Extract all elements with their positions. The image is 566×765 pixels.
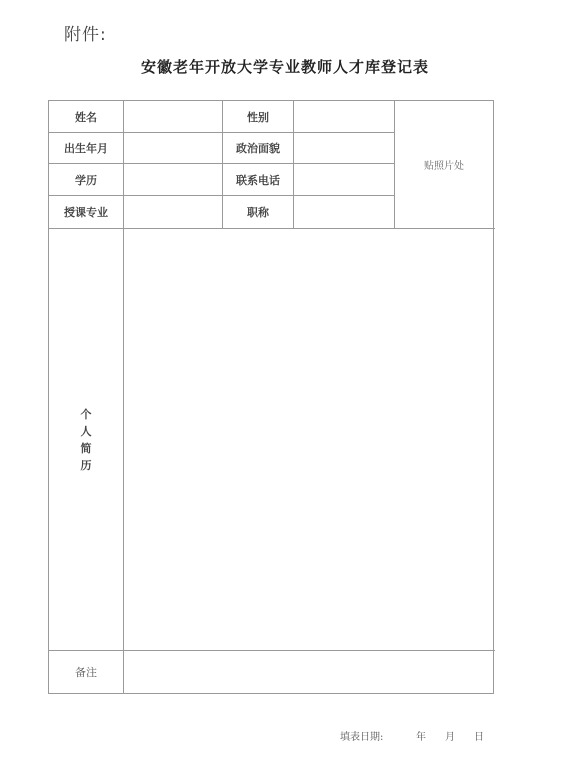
teaching-major-field[interactable]	[124, 196, 222, 228]
gender-field[interactable]	[294, 101, 394, 132]
label-birth-date: 出生年月	[49, 133, 123, 163]
label-education: 学历	[49, 164, 123, 195]
label-title: 职称	[223, 196, 293, 228]
title-field[interactable]	[294, 196, 394, 228]
label-remarks: 备注	[49, 651, 123, 693]
name-field[interactable]	[124, 101, 222, 132]
label-phone: 联系电话	[223, 164, 293, 195]
label-gender: 性别	[223, 101, 293, 132]
fill-date-month: 月	[445, 728, 455, 743]
political-status-field[interactable]	[294, 133, 394, 163]
label-teaching-major: 授课专业	[49, 196, 123, 228]
attachment-label: 附件:	[64, 20, 107, 45]
resume-label-char: 简	[81, 440, 92, 457]
photo-placeholder[interactable]: 贴照片处	[395, 101, 493, 228]
personal-resume-field[interactable]	[124, 229, 493, 650]
remarks-field[interactable]	[124, 651, 493, 693]
fill-date-year: 年	[416, 728, 426, 743]
page-title: 安徽老年开放大学专业教师人才库登记表	[0, 56, 566, 77]
registration-form-table: 姓名 性别 出生年月 政治面貌 学历 联系电话 授课专业 职称 贴照片处 个 人…	[48, 100, 494, 694]
label-political-status: 政治面貌	[223, 133, 293, 163]
resume-label-char: 历	[81, 457, 92, 474]
resume-label-char: 人	[81, 423, 92, 440]
birth-date-field[interactable]	[124, 133, 222, 163]
label-personal-resume: 个 人 简 历	[49, 229, 123, 650]
education-field[interactable]	[124, 164, 222, 195]
fill-date-day: 日	[474, 728, 484, 743]
resume-label-char: 个	[81, 406, 92, 423]
label-name: 姓名	[49, 101, 123, 132]
phone-field[interactable]	[294, 164, 394, 195]
fill-date-label: 填表日期:	[340, 728, 383, 743]
